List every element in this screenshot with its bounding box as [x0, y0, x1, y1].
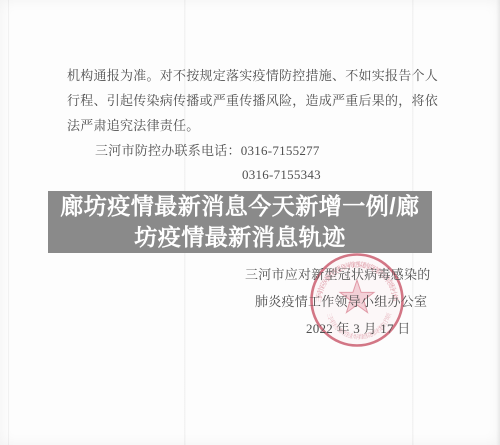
document-photo: 机构通报为准。对不按规定落实疫情防控措施、不如实报告个人 行程、引起传染病传播或…	[0, 0, 500, 445]
contact-phone-line: 三河市防控办联系电话：0316-7155277	[95, 143, 320, 159]
paper-edge-shadow	[496, 0, 500, 445]
notice-body-line: 行程、引起传染病传播或严重传播风险，造成严重后果的，将依	[67, 88, 438, 113]
headline-line-1: 廊坊疫情最新消息今天新增一例/廊	[60, 191, 419, 222]
headline-overlay-banner: 廊坊疫情最新消息今天新增一例/廊 坊疫情最新消息轨迹	[48, 191, 432, 253]
signature-org-line-2: 肺炎疫情工作领导小组办公室	[255, 294, 427, 310]
headline-line-2: 坊疫情最新消息轨迹	[134, 222, 346, 253]
notice-body-line: 机构通报为准。对不按规定落实疫情防控措施、不如实报告个人	[67, 63, 438, 88]
signature-org-line-1: 三河市应对新型冠状病毒感染的	[245, 267, 431, 283]
notice-body: 机构通报为准。对不按规定落实疫情防控措施、不如实报告个人 行程、引起传染病传播或…	[67, 63, 438, 138]
notice-body-line: 法严肃追究法律责任。	[67, 113, 438, 138]
contact-phone-number-2: 0316-7155343	[242, 167, 321, 183]
signature-date: 2022 年 3 月 17 日	[306, 321, 411, 337]
paper-crease-left	[8, 0, 9, 445]
